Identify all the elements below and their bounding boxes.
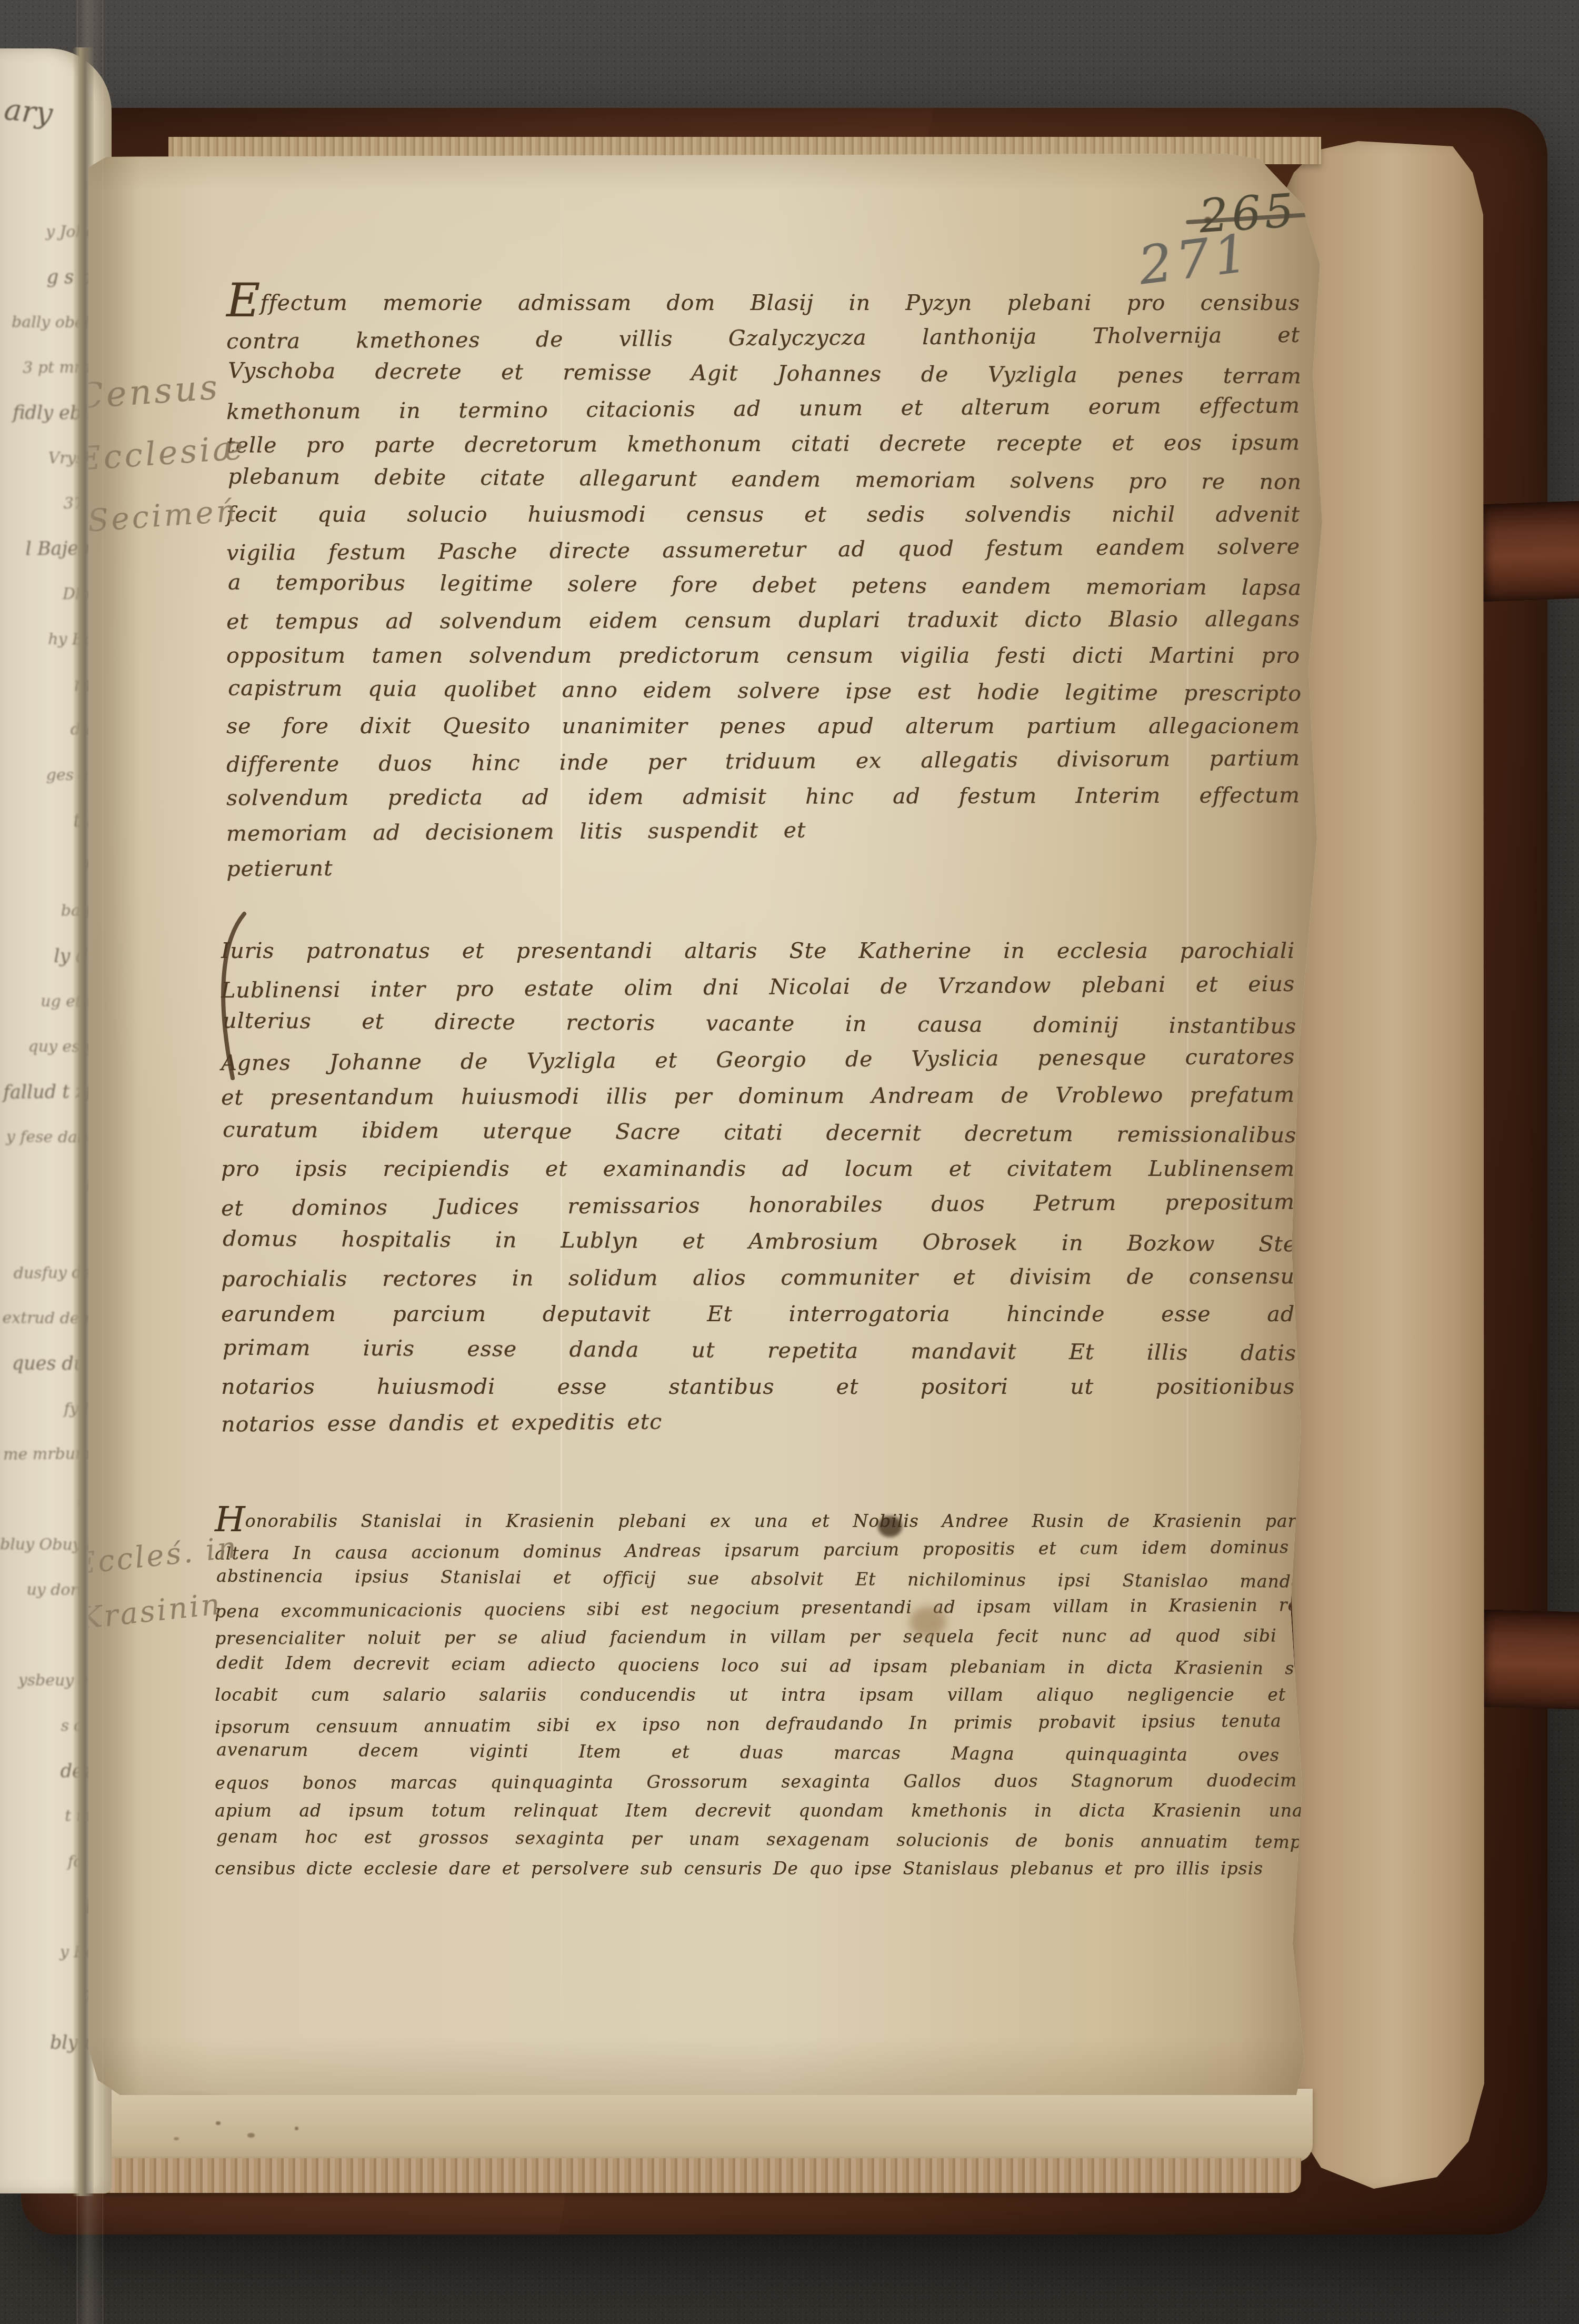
manuscript-line: se fore dixit Quesito unanimiter penes a… xyxy=(226,709,1300,744)
manuscript-line: Agnes Johanne de Vyzligla et Georgio de … xyxy=(221,1039,1295,1081)
manuscript-line: Vyschoba decrete et remisse Agit Johanne… xyxy=(228,353,1302,394)
manuscript-line: Effectum memorie admissam dom Blasij in … xyxy=(226,285,1300,321)
manuscript-line: dedit Idem decrevit eciam adiecto quocie… xyxy=(216,1648,1390,1683)
leather-strap-top xyxy=(1477,501,1579,602)
manuscript-line: Honorabilis Stanislai in Krasienin pleba… xyxy=(215,1507,1388,1535)
manuscript-line: telle pro parte decretorum kmethonum cit… xyxy=(226,425,1300,463)
manuscript-line: plebanum debite citate allegarunt eandem… xyxy=(228,459,1302,500)
under-leaf xyxy=(96,2089,1313,2162)
manuscript-line: equos bonos marcas quinquaginta Grossoru… xyxy=(215,1766,1388,1798)
manuscript-line: fecit quia solucio huiusmodi census et s… xyxy=(226,497,1300,532)
manuscript-line: presencialiter noluit per se aliud facie… xyxy=(215,1621,1388,1653)
initial-flourish xyxy=(214,911,251,1084)
initial-letter: E xyxy=(226,273,260,327)
manuscript-photo: ary s lyy Johesg s p9bally obelly3 pt mr… xyxy=(0,0,1579,2324)
ink-speck xyxy=(247,2133,255,2138)
manuscript-line: pro ipsis recipiendis et examinandis ad … xyxy=(221,1151,1295,1187)
ink-speck xyxy=(174,2137,179,2140)
manuscript-line: differente duos hinc inde per triduum ex… xyxy=(226,741,1300,782)
entry-census-secemin: Effectum memorie admissam dom Blasij in … xyxy=(226,285,1300,885)
manuscript-line: parochialis rectores in solidum alios co… xyxy=(221,1258,1295,1297)
manuscript-line: capistrum quia quolibet anno eidem solve… xyxy=(228,671,1302,712)
manuscript-line: avenarum decem viginti Item et duas marc… xyxy=(216,1735,1390,1770)
manuscript-line: censibus dicte ecclesie dare et persolve… xyxy=(215,1854,1388,1883)
manuscript-line: notarios huiusmodi esse stantibus et pos… xyxy=(221,1369,1295,1405)
margin-note-line: Secimeń xyxy=(85,478,252,552)
brown-stain xyxy=(910,1607,946,1637)
manuscript-line: Iuris patronatus et presentandi altaris … xyxy=(221,933,1295,969)
manuscript-line: ulterius et directe rectoris vacante in … xyxy=(223,1003,1296,1045)
leather-strap-bottom xyxy=(1477,1609,1579,1709)
previous-leaf-header: ary xyxy=(3,92,54,131)
ink-speck xyxy=(216,2121,221,2125)
manuscript-line: et presentandum huiusmodi illis per domi… xyxy=(221,1076,1295,1115)
manuscript-line: genam hoc est grossos sexaginta per unam… xyxy=(216,1822,1390,1857)
entry-ius-patronatus-lublin: Iuris patronatus et presentandi altaris … xyxy=(221,933,1295,1441)
manuscript-line: kmethonum in termino citacionis ad unum … xyxy=(226,388,1300,430)
manuscript-page: 265 271 CensusEcclesiæSecimeń Eccleś. in… xyxy=(88,154,1325,2095)
manuscript-line: pena excommunicacionis quociens sibi est… xyxy=(215,1590,1388,1626)
manuscript-line: et tempus ad solvendum eidem censum dupl… xyxy=(226,601,1300,639)
manuscript-line: primam iuris esse danda ut repetita mand… xyxy=(223,1330,1296,1372)
manuscript-line: solvendum predicta ad idem admisit hinc … xyxy=(226,777,1300,815)
manuscript-line: et dominos Judices remissarios honorabil… xyxy=(221,1184,1295,1226)
ink-blot xyxy=(878,1516,902,1537)
manuscript-line: apium ad ipsum totum relinquat Item decr… xyxy=(215,1796,1388,1825)
ink-speck xyxy=(295,2127,298,2130)
manuscript-line: Lublinensi inter pro estate olim dni Nic… xyxy=(221,966,1295,1009)
manuscript-line: contra kmethones de villis Gzalyczycza l… xyxy=(226,317,1300,359)
manuscript-line: vigilia festum Pasche directe assumeretu… xyxy=(226,529,1300,571)
entry-krasienin: Honorabilis Stanislai in Krasienin pleba… xyxy=(215,1507,1388,1883)
manuscript-line: oppositum tamen solvendum predictorum ce… xyxy=(226,638,1300,673)
manuscript-line: domus hospitalis in Lublyn et Ambrosium … xyxy=(223,1221,1296,1263)
manuscript-line: curatum ibidem uterque Sacre citati dece… xyxy=(223,1112,1296,1154)
manuscript-line: a temporibus legitime solere fore debet … xyxy=(228,565,1302,606)
bottom-edge-pages xyxy=(103,2158,1301,2193)
glass-plate-edge xyxy=(77,0,103,2324)
manuscript-line: earundem parcium deputavit Et interrogat… xyxy=(221,1296,1295,1332)
manuscript-line: memoriam ad decisionem litis suspendit e… xyxy=(226,813,806,887)
manuscript-line: notarios esse dandis et expeditis etc xyxy=(221,1403,672,1442)
manuscript-line: locabit cum salario salariis conducendis… xyxy=(215,1680,1388,1709)
